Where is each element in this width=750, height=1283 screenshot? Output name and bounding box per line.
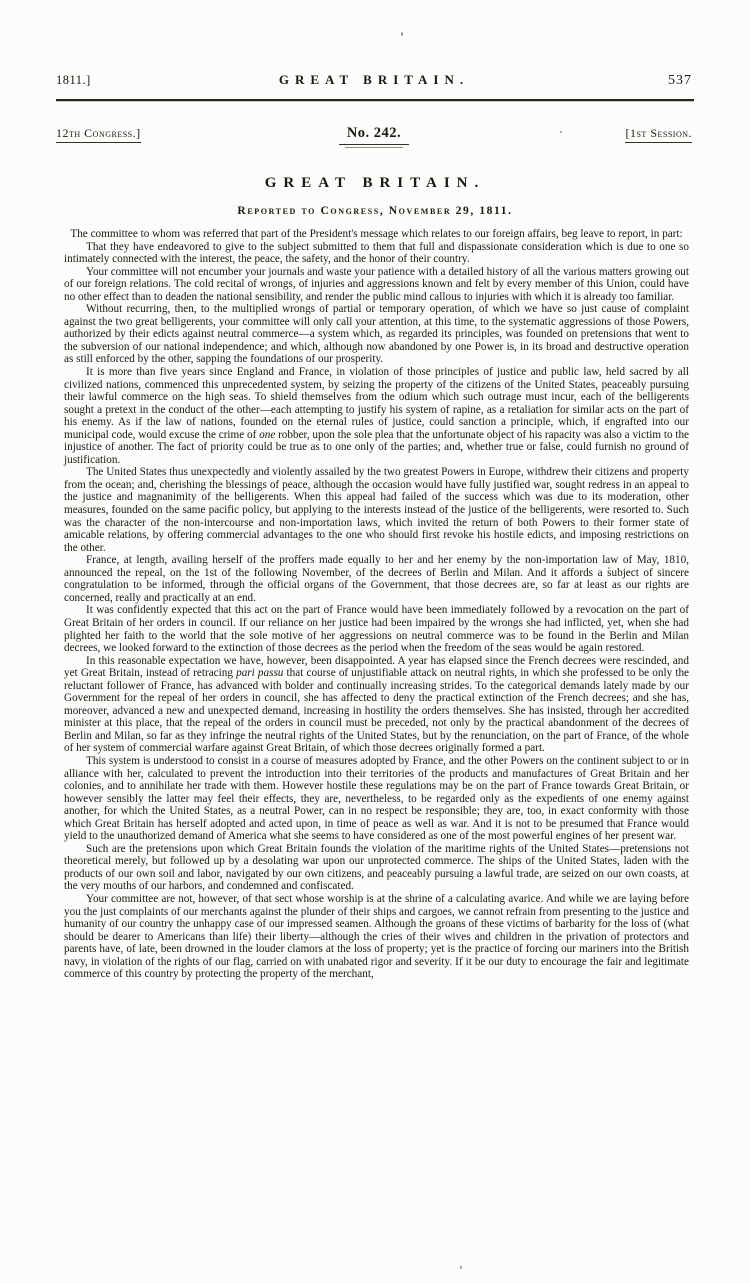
running-head-year: 1811.] [56, 73, 279, 88]
paragraph: The United States thus unexpectedly and … [64, 466, 689, 554]
scan-speck [608, 567, 610, 569]
paragraph: This system is understood to consist in … [64, 755, 689, 843]
document-page: 1811.] GREAT BRITAIN. 537 12th Congress.… [0, 0, 750, 1283]
paragraph: Your committee will not encumber your jo… [64, 266, 689, 304]
running-head: 1811.] GREAT BRITAIN. 537 [0, 72, 750, 89]
document-number-text: No. 242. [339, 125, 409, 145]
paragraph: France, at length, availing herself of t… [64, 554, 689, 604]
congress-row: 12th Congress.] No. 242. [1st Session. [0, 125, 750, 145]
scan-speck [560, 131, 562, 133]
paragraph: It is more than five years since England… [64, 366, 689, 466]
paragraph: In this reasonable expectation we have, … [64, 655, 689, 755]
paragraph: Without recurring, then, to the multipli… [64, 303, 689, 366]
congress-label: 12th Congress.] [56, 126, 339, 143]
paragraph: That they have endeavored to give to the… [64, 241, 689, 266]
page-number: 537 [469, 73, 692, 89]
scan-speck [401, 32, 403, 36]
head-rule [56, 99, 694, 101]
congress-label-text: 12th Congress.] [56, 126, 141, 143]
document-body: The committee to whom was referred that … [0, 228, 750, 981]
paragraph: Your committee are not, however, of that… [64, 893, 689, 981]
paragraph: It was confidently expected that this ac… [64, 604, 689, 654]
session-label: [1st Session. [409, 126, 692, 143]
paragraph: Such are the pretensions upon which Grea… [64, 843, 689, 893]
document-subtitle: Reported to Congress, November 29, 1811. [0, 205, 750, 217]
document-number: No. 242. [339, 125, 409, 145]
session-label-text: [1st Session. [625, 126, 692, 143]
scan-speck [460, 1266, 462, 1269]
running-head-title: GREAT BRITAIN. [279, 72, 469, 88]
document-title: GREAT BRITAIN. [0, 175, 750, 192]
paragraph: The committee to whom was referred that … [64, 228, 689, 241]
